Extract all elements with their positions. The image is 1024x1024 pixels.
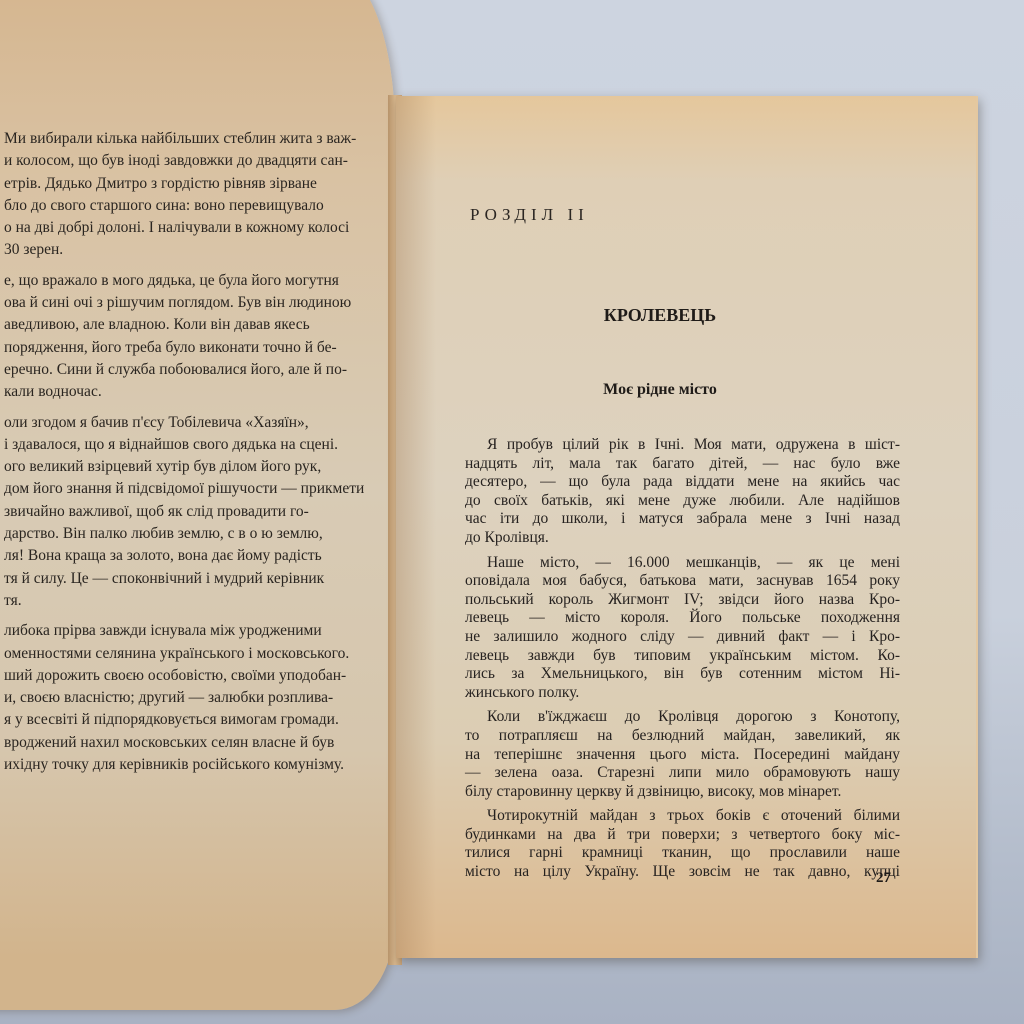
text-line: дарство. Він палко любив землю, с в о ю …	[0, 523, 395, 545]
text-line: жинського полку.	[465, 684, 900, 703]
text-line: звичайно важливої, щоб як слід провадити…	[0, 501, 395, 523]
text-line: оповідала моя бабуся, батькова мати, зас…	[465, 572, 900, 591]
text-line: е, що вражало в мого дядька, це була йог…	[0, 270, 395, 292]
left-page-text: Ми вибирали кілька найбільших стеблин жи…	[0, 128, 395, 776]
text-line: 30 зерен.	[0, 239, 395, 261]
text-line: тя й силу. Це — споконвічний і мудрий ке…	[0, 568, 395, 590]
chapter-title: КРОЛЕВЕЦЬ	[420, 305, 900, 326]
text-line: я у всесвіті й підпорядковується вимогам…	[0, 709, 395, 731]
text-line: аведливою, але владною. Коли він давав я…	[0, 314, 395, 336]
text-line: тилися гарні крамниці тканин, що прослав…	[465, 844, 900, 863]
text-line: дом його знання й підсвідомої рішучости …	[0, 478, 395, 500]
text-line: ого великий взірцевий хутір був ділом йо…	[0, 456, 395, 478]
text-line: ший дорожить своєю особовістю, своїми уп…	[0, 665, 395, 687]
section-title: Моє рідне місто	[420, 381, 900, 399]
left-paragraph: либока прірва завжди існувала між уродже…	[0, 620, 395, 776]
text-line: білу старовинну церкву й дзвіницю, висок…	[465, 783, 900, 802]
text-line: еречно. Сини й служба побоювалися його, …	[0, 359, 395, 381]
text-line: етрів. Дядько Дмитро з гордістю рівняв з…	[0, 173, 395, 195]
text-line: — зелена оаза. Старезні липи мило обрамо…	[465, 764, 900, 783]
right-paragraph: Наше місто, — 16.000 мешканців, — як це …	[465, 554, 900, 703]
page-number: 27	[876, 870, 891, 887]
text-line: будинками на два й три поверхи; з четвер…	[465, 826, 900, 845]
right-paragraph: Чотирокутній майдан з трьох боків є оточ…	[465, 807, 900, 881]
text-line: до Кролівця.	[465, 529, 900, 548]
text-line: левець — місто короля. Його польське пох…	[465, 609, 900, 628]
text-line: Я пробув цілий рік в Ічні. Моя мати, одр…	[465, 436, 900, 455]
text-line: ова й сині очі з рішучим поглядом. Був в…	[0, 292, 395, 314]
text-line: Наше місто, — 16.000 мешканців, — як це …	[465, 554, 900, 573]
text-line: ля! Вона краща за золото, вона дає йому …	[0, 545, 395, 567]
text-line: и, своєю власністю; другий — залюбки роз…	[0, 687, 395, 709]
right-page-text: Я пробув цілий рік в Ічні. Моя мати, одр…	[465, 436, 900, 882]
text-line: кали водночас.	[0, 381, 395, 403]
text-line: час іти до школи, і матуся забрала мене …	[465, 510, 900, 529]
text-line: польський король Жигмонт IV; звідси його…	[465, 591, 900, 610]
text-line: і здавалося, що я віднайшов свого дядька…	[0, 434, 395, 456]
text-line: місто на цілу Україну. Ще зовсім не так …	[465, 863, 900, 882]
text-line: либока прірва завжди існувала між уродже…	[0, 620, 395, 642]
text-line: левець завжди був типовим українським мі…	[465, 647, 900, 666]
left-paragraph: Ми вибирали кілька найбільших стеблин жи…	[0, 128, 395, 262]
text-line: не залишило жодного сліду — дивний факт …	[465, 628, 900, 647]
text-line: надцять літ, мала так багато дітей, — на…	[465, 455, 900, 474]
text-line: тя.	[0, 590, 395, 612]
left-paragraph: оли згодом я бачив п'єсу Тобілевича «Хаз…	[0, 412, 395, 613]
text-line: лись за Хмельницького, він був сотенним …	[465, 665, 900, 684]
text-line: до своїх батьків, які мене дуже любили. …	[465, 492, 900, 511]
text-line: оменностями селянина українського і моск…	[0, 643, 395, 665]
text-line: Коли в'їжджаєш до Кролівця дорогою з Кон…	[465, 708, 900, 727]
right-paragraph: Коли в'їжджаєш до Кролівця дорогою з Кон…	[465, 708, 900, 801]
text-line: вроджений нахил московських селян власне…	[0, 732, 395, 754]
text-line: оли згодом я бачив п'єсу Тобілевича «Хаз…	[0, 412, 395, 434]
text-line: то потрапляєш на безлюдний майдан, завел…	[465, 727, 900, 746]
left-paragraph: е, що вражало в мого дядька, це була йог…	[0, 270, 395, 404]
text-line: Ми вибирали кілька найбільших стеблин жи…	[0, 128, 395, 150]
text-line: бло до свого старшого сина: воно перевищ…	[0, 195, 395, 217]
text-line: порядження, його треба було виконати точ…	[0, 337, 395, 359]
text-line: Чотирокутній майдан з трьох боків є оточ…	[465, 807, 900, 826]
text-line: на теперішнє значення цього міста. Посер…	[465, 746, 900, 765]
text-line: ихідну точку для керівників російського …	[0, 754, 395, 776]
chapter-label: РОЗДІЛ II	[470, 205, 589, 225]
text-line: и колосом, що був іноді завдовжки до два…	[0, 150, 395, 172]
text-line: десятеро, — що була рада віддати мене на…	[465, 473, 900, 492]
text-line: о на дві добрі долоні. І налічували в ко…	[0, 217, 395, 239]
right-paragraph: Я пробув цілий рік в Ічні. Моя мати, одр…	[465, 436, 900, 548]
